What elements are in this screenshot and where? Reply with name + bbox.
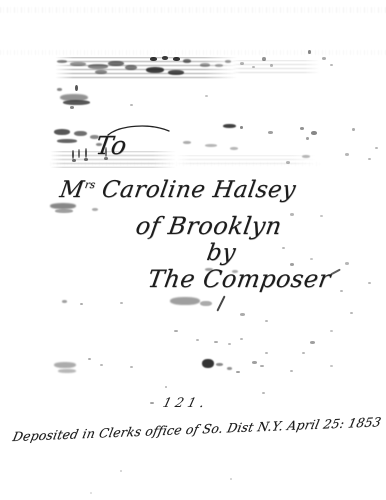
scan-speck [120, 470, 122, 472]
scan-speck [150, 402, 154, 404]
scan-speck [330, 64, 333, 66]
scan-speck [100, 364, 103, 366]
dedication-of-line: of Brooklyn [134, 212, 284, 240]
scan-speck [300, 127, 304, 130]
bleedthrough-staff-lines [176, 155, 316, 165]
scan-speck [368, 158, 371, 160]
scan-speck [200, 301, 212, 306]
scan-speck [368, 282, 371, 284]
scan-speck [146, 67, 164, 73]
scan-speck [200, 63, 210, 67]
scan-speck [302, 155, 310, 158]
scanned-page: To Mrs Caroline Halsey of Brooklyn by Th… [0, 0, 386, 500]
scan-speck [125, 65, 137, 70]
scan-speck [352, 128, 355, 131]
scan-speck [345, 262, 349, 265]
scan-speck [240, 338, 243, 340]
scan-speck [88, 64, 108, 69]
scan-speck [78, 149, 80, 158]
scan-speck [90, 492, 92, 494]
scan-speck [240, 62, 244, 65]
scan-speck [120, 302, 123, 304]
scan-speck [170, 297, 200, 305]
dedication-composer-line: The Composer [146, 265, 333, 293]
scan-speck [130, 366, 133, 368]
scan-speck [183, 59, 191, 63]
scan-speck [286, 161, 290, 164]
dedication-to: To [94, 131, 129, 160]
scan-speck [215, 64, 223, 67]
scan-speck [150, 57, 157, 61]
scan-speck [262, 392, 265, 394]
scan-speck [54, 362, 76, 368]
scan-speck [230, 147, 238, 150]
scan-speck [205, 95, 208, 97]
scan-speck [330, 365, 333, 367]
scan-speck [205, 144, 217, 147]
recipient-name: Caroline Halsey [92, 177, 298, 203]
scan-speck [168, 70, 184, 75]
scan-speck [95, 70, 107, 74]
scan-speck [290, 370, 293, 372]
scan-speck [63, 100, 90, 105]
scan-speck [80, 303, 83, 305]
scan-speck [70, 62, 86, 66]
scan-speck [310, 341, 315, 344]
scan-speck [340, 290, 343, 292]
scan-speck [252, 361, 257, 364]
scan-speck [265, 352, 268, 354]
scan-speck [130, 104, 133, 106]
recipient-title: M [58, 177, 86, 203]
scan-speck [320, 215, 323, 217]
scan-speck [162, 56, 168, 60]
scan-speck [306, 137, 309, 140]
scan-speck [350, 312, 353, 314]
scan-speck [174, 330, 178, 332]
scan-speck [282, 247, 285, 249]
scan-speck [62, 300, 67, 303]
scan-speck [308, 50, 311, 54]
scan-speck [74, 131, 87, 136]
scan-speck [183, 141, 191, 144]
scan-speck [252, 66, 255, 68]
scan-speck [262, 57, 266, 61]
scan-speck [108, 61, 124, 66]
scan-noise-band [0, 7, 386, 13]
bleedthrough-staff-lines [232, 60, 320, 75]
scan-speck [216, 363, 223, 366]
scan-speck [72, 150, 74, 159]
scan-speck [375, 147, 378, 149]
scan-speck [310, 258, 313, 260]
dedication-by-line: by [205, 240, 238, 266]
scan-speck [196, 339, 199, 341]
scan-speck [173, 57, 180, 61]
scan-noise-band [0, 50, 386, 55]
scan-speck [57, 139, 77, 143]
scan-speck [58, 369, 76, 373]
scan-speck [75, 85, 78, 91]
copyright-deposit-note: Deposited in Clerks office of So. Dist N… [11, 414, 382, 444]
scan-speck [70, 106, 74, 109]
scan-speck [214, 341, 218, 343]
scan-speck [165, 386, 167, 388]
scan-speck [230, 478, 232, 480]
plate-number: 121. [161, 396, 210, 411]
scan-speck [302, 352, 305, 354]
scan-speck [322, 57, 326, 60]
scan-speck [202, 359, 214, 368]
scan-speck [57, 88, 62, 91]
scan-speck [240, 126, 243, 129]
scan-speck [57, 60, 67, 63]
scan-speck [240, 313, 245, 316]
scan-speck [311, 131, 317, 135]
scan-speck [55, 209, 73, 213]
scan-speck [54, 129, 70, 135]
scan-speck [72, 159, 76, 162]
dedication-recipient: Mrs Caroline Halsey [58, 177, 298, 203]
pen-flourish [216, 295, 225, 311]
scan-speck [223, 124, 236, 128]
scan-speck [92, 208, 98, 211]
scan-speck [227, 367, 232, 370]
scan-speck [330, 330, 333, 332]
scan-speck [290, 213, 294, 216]
scan-speck [85, 148, 87, 158]
scan-speck [345, 153, 349, 156]
scan-speck [270, 64, 273, 67]
scan-speck [225, 60, 231, 63]
scan-speck [84, 158, 88, 161]
scan-speck [268, 131, 273, 134]
scan-speck [88, 358, 91, 360]
scan-speck [265, 320, 268, 322]
scan-speck [260, 365, 264, 367]
scan-speck [236, 371, 240, 373]
scan-speck [228, 343, 231, 345]
